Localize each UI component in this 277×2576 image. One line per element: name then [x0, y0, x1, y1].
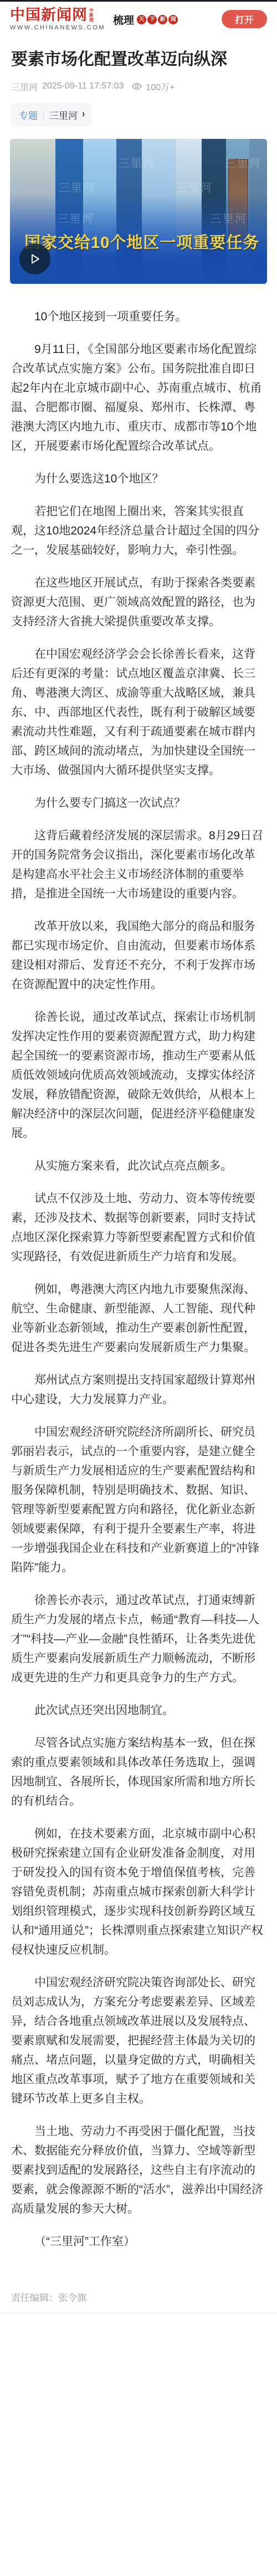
article-paragraph: 为什么要选这10个地区？ [11, 469, 266, 489]
article-paragraph: 中国宏观经济研究院经济所副所长、研究员郭丽岩表示，试点的一个重要内容，是建立健全… [11, 1422, 266, 1577]
video-thumbnail[interactable]: 三里河 三里河 三里河 三里河 三里河 三里河 国家交给10个地区一项重要任务 [10, 139, 267, 284]
article-paragraph: 当土地、劳动力不再受困于僵化配置，当技术、数据能充分释放价值，当算力、空域等新型… [11, 2122, 266, 2219]
topic-label: 专题 [19, 108, 38, 122]
video-caption: 国家交给10个地区一项重要任务 [24, 230, 264, 253]
article-paragraph: 徐善长说，通过改革试点，探索让市场机制发挥决定性作用的要素资源配置方式，助力构建… [11, 1007, 266, 1143]
editor-label: 责任编辑： [11, 2293, 58, 2303]
article-paragraph: 若把它们在地图上圈出来，答案其实很直观，这10地2024年经济总量合计超过全国的… [11, 502, 266, 560]
site-logo[interactable]: 中国新闻网 中新网 WWW.CHINANEWS.COM [10, 7, 105, 31]
topic-divider [43, 110, 44, 119]
slogan-seal-3: 新 [158, 15, 167, 24]
logo-domain-text: WWW.CHINANEWS.COM [10, 24, 105, 31]
editor-credit: 责任编辑：张令旗 [0, 2265, 277, 2313]
topic-chip[interactable]: 专题 三里河 › [11, 103, 93, 127]
logo-seal: 中新网 [89, 8, 94, 23]
watermark: 三里河 [211, 210, 247, 226]
article-paragraph: 例如，在技术要素方面，北京城市副中心积极研究探索建立国有企业研发准备金制度，对用… [11, 1824, 266, 1960]
chinanews-article-page: { "header": { "logo_title": "中国新闻网", "lo… [0, 0, 277, 2576]
article-paragraph: 此次试点还突出因地制宜。 [11, 1701, 266, 1720]
topic-name: 三里河 [49, 108, 78, 122]
article-author: 三里河 [11, 80, 38, 93]
article-paragraph: 尽管各试点实施方案结构基本一致，但在探索的重点要素领域和具体改革任务选取上，强调… [11, 1733, 266, 1811]
article-paragraph: 在中国宏观经济学会会长徐善长看来，这背后还有更深的考量：试点地区覆盖京津冀、长三… [11, 645, 266, 780]
logo-wordmark: 中国新闻网 [10, 7, 88, 23]
watermark: 三里河 [59, 179, 95, 195]
article-paragraph: 试点不仅涉及土地、劳动力、资本等传统要素，还涉及技术、数据等创新要素，同时支持试… [11, 1189, 266, 1266]
article-byline: 三里河 2025-09-11 17:57:03 100万+ [0, 71, 277, 93]
open-app-button[interactable]: 打开 [222, 10, 267, 28]
article-paragraph: 在这些地区开展试点，有助于探索各类要素资源更大范围、更广领域高效配置的路径，也为… [11, 573, 266, 631]
article-datetime: 2025-09-11 17:57:03 [42, 81, 124, 91]
watermark: 三里河 [58, 210, 94, 226]
article-paragraph: 徐善长亦表示，通过改革试点，打通束缚新质生产力发展的堵点卡点，畅通“教育—科技—… [11, 1591, 266, 1687]
article-paragraph: 9月11日，《全国部分地区要素市场化配置综合改革试点实施方案》公布。国务院批准自… [11, 340, 266, 456]
site-slogan: 梳理 天 下 新 闻 [113, 12, 178, 27]
watermark: 三里河 [119, 154, 155, 170]
article-paragraph: 改革开放以来，我国绝大部分的商品和服务都已实现市场定价、自由流动，但要素市场体系… [11, 917, 266, 994]
slogan-seal-1: 天 [137, 15, 146, 24]
slogan-seal-4: 闻 [168, 15, 178, 24]
bottom-divider [0, 2313, 277, 2316]
slogan-prefix: 梳理 [113, 12, 134, 27]
article-paragraph: 从实施方案来看，此次试点亮点颇多。 [11, 1156, 266, 1176]
editor-name: 张令旗 [58, 2293, 86, 2303]
chevron-right-icon: › [82, 109, 85, 121]
article-paragraph: 这背后藏着经济发展的深层需求。8月29日召开的国务院常务会议指出，深化要素市场化… [11, 826, 266, 903]
play-button[interactable] [19, 243, 50, 274]
view-count: 100万+ [146, 80, 175, 93]
article-paragraph: 例如，粤港澳大湾区内地九市要聚焦深海、航空、生命健康、新型能源、人工智能、现代种… [11, 1280, 266, 1357]
watermark: 三里河 [176, 179, 213, 195]
watermark: 三里河 [225, 154, 261, 170]
slogan-seal-2: 下 [147, 15, 157, 24]
article-paragraph: 10个地区接到一项重要任务。 [11, 307, 266, 326]
article-paragraph: 中国宏观经济研究院决策咨询部处长、研究员刘志成认为，方案充分考虑要素差异、区域差… [11, 1973, 266, 2108]
views-eye-icon [131, 82, 142, 90]
site-header: 中国新闻网 中新网 WWW.CHINANEWS.COM 梳理 天 下 新 闻 打… [0, 2, 277, 35]
article-title: 要素市场化配置改革迈向纵深 [0, 35, 277, 71]
article-paragraph: 郑州试点方案则提出支持国家超级计算郑州中心建设，大力发展算力产业。 [11, 1370, 266, 1409]
article-body: 10个地区接到一项重要任务。9月11日，《全国部分地区要素市场化配置综合改革试点… [0, 284, 277, 2251]
article-paragraph: （“三里河”工作室） [11, 2232, 266, 2251]
play-icon [28, 252, 42, 266]
article-paragraph: 为什么要专门搞这一次试点？ [11, 793, 266, 813]
